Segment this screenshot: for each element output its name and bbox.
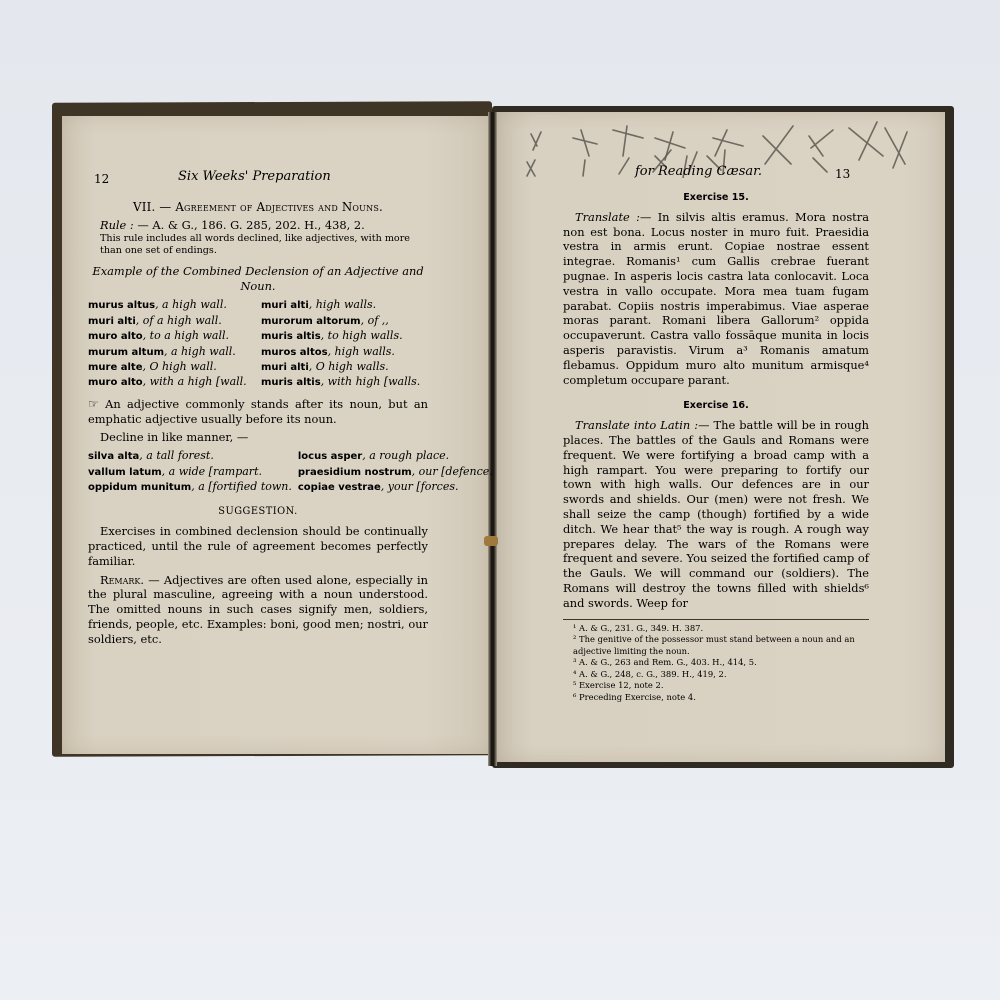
footnote: ⁵ Exercise 12, note 2. <box>563 680 869 692</box>
rule-line: Rule : — A. & G., 186. G. 285, 202. H., … <box>88 218 428 233</box>
declension-cell: murus altus, a high wall. <box>88 298 255 313</box>
rule-references: — A. & G., 186. G. 285, 202. H., 438, 2. <box>137 218 364 232</box>
decline-examples: silva alta, a tall forest.locus asper, a… <box>88 449 428 495</box>
decline-example: praesidium nostrum, our [defence. <box>298 465 493 480</box>
decline-example: silva alta, a tall forest. <box>88 449 292 464</box>
declension-cell: muro alto, to a high wall. <box>88 329 255 344</box>
decline-example: copiae vestrae, your [forces. <box>298 480 493 495</box>
declension-cell: muris altis, to high walls. <box>261 329 428 344</box>
exercise-15-title: Exercise 15. <box>563 191 869 206</box>
running-head-left: 12 Six Weeks' Preparation <box>88 170 428 192</box>
adjective-note: ☞ An adjective commonly stands after its… <box>88 397 428 427</box>
footnote: ⁶ Preceding Exercise, note 4. <box>563 692 869 704</box>
exercise-16-title: Exercise 16. <box>563 399 869 414</box>
pointing-hand-icon: ☞ <box>88 397 99 411</box>
declension-cell: muros altos, high walls. <box>261 345 428 360</box>
rule-label: Rule : <box>100 218 134 232</box>
footnotes: ¹ A. & G., 231. G., 349. H. 387.² The ge… <box>563 619 869 704</box>
declension-cell: muris altis, with high [walls. <box>261 375 428 390</box>
declension-cell: muri alti, high walls. <box>261 298 428 313</box>
remark: Remark. — Adjectives are often used alon… <box>88 573 428 647</box>
page-number: 13 <box>835 167 850 182</box>
declension-cell: muro alto, with a high [wall. <box>88 375 255 390</box>
exercise-15-text: Translate :— In silvis altis eramus. Mor… <box>563 210 869 388</box>
exercise-16-text: Translate into Latin :— The battle will … <box>563 418 869 610</box>
left-page-content: 12 Six Weeks' Preparation VII. — Agreeme… <box>88 170 428 647</box>
decline-example: oppidum munitum, a [fortified town. <box>88 480 292 495</box>
rule-note: This rule includes all words declined, l… <box>88 233 428 258</box>
decline-example: vallum latum, a wide [rampart. <box>88 465 292 480</box>
declension-cell: murum altum, a high wall. <box>88 345 255 360</box>
running-head-right: for Reading Cæsar. 13 <box>563 165 869 187</box>
footnote: ¹ A. & G., 231. G., 349. H. 387. <box>563 623 869 635</box>
footnote: ⁴ A. & G., 248, c. G., 389. H., 419, 2. <box>563 669 869 681</box>
declension-cell: mure alte, O high wall. <box>88 360 255 375</box>
page-number: 12 <box>94 172 109 187</box>
footnote: ³ A. & G., 263 and Rem. G., 403. H., 414… <box>563 657 869 669</box>
decline-intro: Decline in like manner, — <box>88 430 428 445</box>
declension-cell: muri alti, O high walls. <box>261 360 428 375</box>
suggestion-heading: SUGGESTION. <box>88 505 428 520</box>
declension-cell: muri alti, of a high wall. <box>88 314 255 329</box>
binding-thread <box>484 536 498 546</box>
right-page-content: for Reading Cæsar. 13 Exercise 15. Trans… <box>563 165 869 704</box>
book-spine-gutter <box>488 112 497 766</box>
section-heading: VII. — Agreement of Adjectives and Nouns… <box>88 200 428 215</box>
running-head-title: Six Weeks' Preparation <box>178 170 331 185</box>
suggestion-text: Exercises in combined declension should … <box>88 524 428 568</box>
declension-cell: murorum altorum, of ,, <box>261 314 428 329</box>
running-head-title: for Reading Cæsar. <box>635 165 762 180</box>
declension-table: murus altus, a high wall.muri alti, high… <box>88 298 428 390</box>
remark-label: Remark. <box>100 573 144 587</box>
example-heading: Example of the Combined Declension of an… <box>88 264 428 294</box>
footnote: ² The genitive of the possessor must sta… <box>563 634 869 657</box>
decline-example: locus asper, a rough place. <box>298 449 493 464</box>
